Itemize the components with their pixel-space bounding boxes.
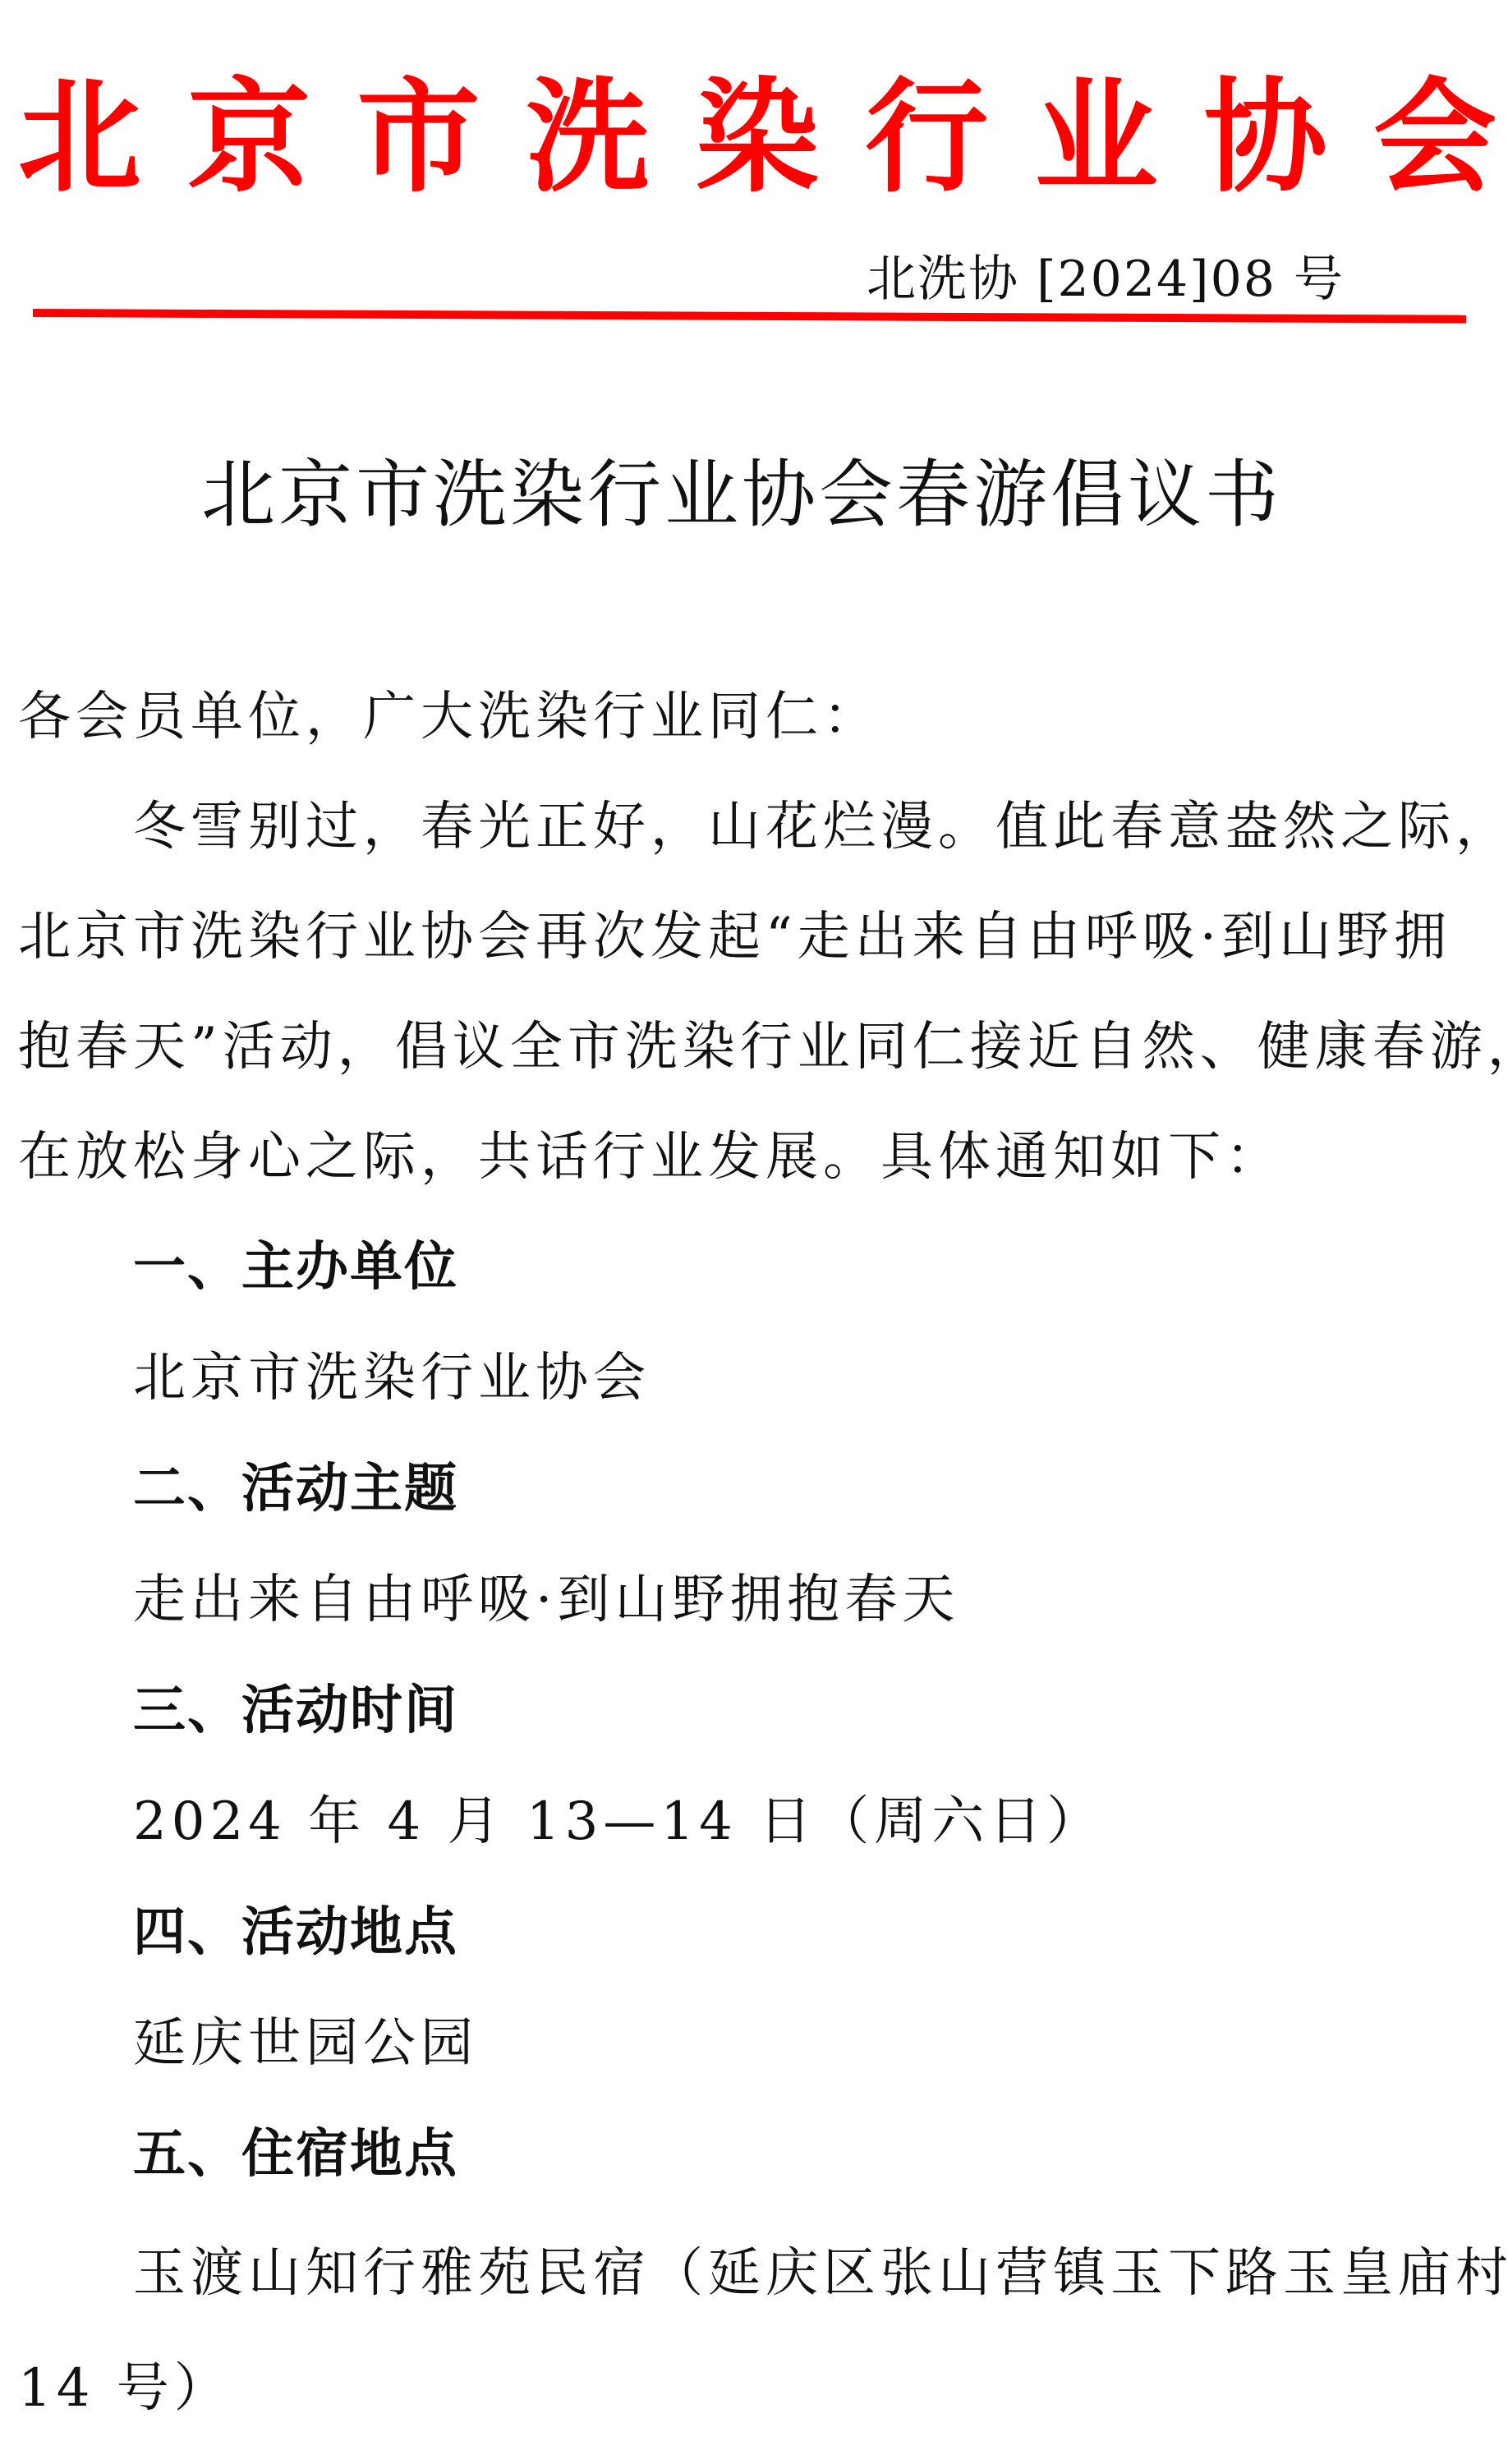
- section-value-theme: 走出来自由呼吸·到山野拥抱春天: [133, 1567, 959, 1633]
- document-title: 北京市洗染行业协会春游倡议书: [0, 450, 1508, 540]
- masthead-char: 染: [696, 72, 819, 204]
- section-value-time: 2024 年 4 月 13—14 日（周六日）: [133, 1789, 1104, 1855]
- masthead-char: 市: [357, 72, 480, 204]
- masthead-char: 京: [187, 72, 310, 204]
- masthead-char: 协: [1204, 72, 1327, 204]
- intro-line: 抱春天”活动，倡议全市洗染行业同仁接近自然、健康春游，: [18, 1014, 1508, 1080]
- masthead-char: 北: [18, 72, 141, 204]
- masthead-char: 会: [1373, 72, 1497, 204]
- section-heading-time: 三、活动时间: [133, 1678, 458, 1744]
- section-value-lodging: 玉渡山知行雅苑民宿（延庆区张山营镇玉下路玉皇庙村: [133, 2241, 1508, 2306]
- section-heading-organizer: 一、主办单位: [133, 1234, 458, 1300]
- document-number: 北洗协 [2024]08 号: [867, 246, 1345, 312]
- salutation: 各会员单位，广大洗染行业同仁：: [18, 684, 880, 750]
- intro-line: 北京市洗染行业协会再次发起“走出来自由呼吸·到山野拥: [18, 904, 1451, 970]
- masthead-char: 业: [1035, 72, 1158, 204]
- section-value-organizer: 北京市洗染行业协会: [133, 1345, 651, 1411]
- organization-masthead: 北 京 市 洗 染 行 业 协 会: [18, 72, 1497, 204]
- section-heading-lodging: 五、住宿地点: [133, 2122, 458, 2187]
- masthead-char: 行: [865, 72, 988, 204]
- intro-line: 冬雪别过，春光正好，山花烂漫。值此春意盎然之际，: [133, 794, 1508, 860]
- section-heading-venue: 四、活动地点: [133, 1900, 458, 1965]
- section-value-venue: 延庆世园公园: [133, 2011, 478, 2076]
- section-heading-theme: 二、活动主题: [133, 1456, 458, 1522]
- masthead-char: 洗: [526, 72, 650, 204]
- intro-line: 在放松身心之际，共话行业发展。具体通知如下：: [18, 1124, 1283, 1190]
- section-value-lodging-cont: 14 号）: [18, 2356, 232, 2421]
